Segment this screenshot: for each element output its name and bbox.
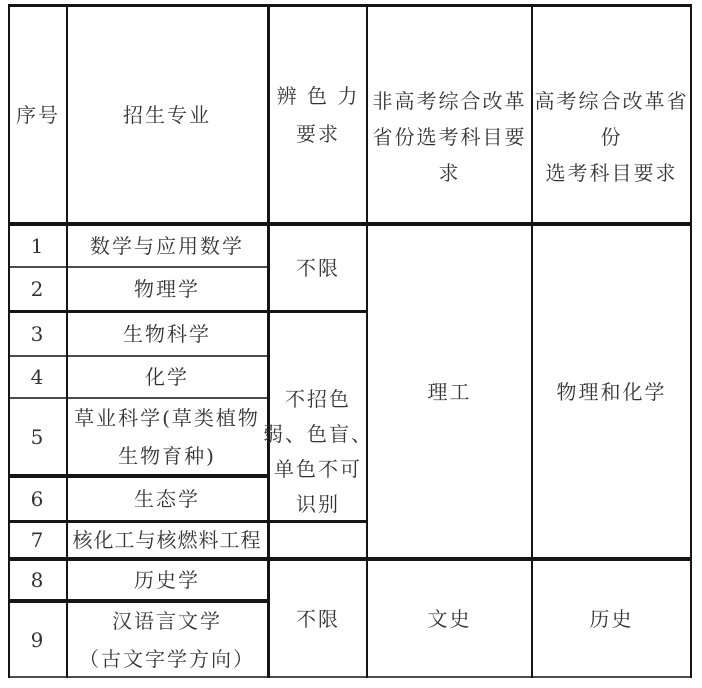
table-border-top [8,4,692,7]
major-row-5-line1: 草业科学(草类植物 [74,399,260,437]
major-cell-row-7: 核化工与核燃料工程 [69,523,265,557]
header-reform-line3: 选考科目要求 [546,155,678,191]
header-cell-major: 招生专业 [69,8,265,222]
seq-cell-row-5: 5 [10,399,66,474]
color-vision-restriction-line1: 不招色 [285,382,351,417]
major-row-5-line2: 生物育种) [118,437,216,475]
seq-cell-row-3: 3 [10,313,66,355]
seq-cell-row-6: 6 [10,478,66,520]
color-vision-cell-rows-3-7: 不招色 弱、色盲、 单色不可 识别 [270,384,366,520]
major-cell-row-2: 物理学 [69,268,265,310]
header-cell-seq: 序号 [10,8,66,222]
reform-cell-rows-8-9: 历史 [533,561,690,676]
seq-cell-row-7: 7 [10,523,66,557]
major-row-9-line1: 汉语言文学 [112,602,222,640]
color-vision-cell-rows-1-2: 不限 [270,226,366,310]
color-vision-cell-row-7-empty [270,523,366,557]
major-cell-row-3: 生物科学 [69,313,265,355]
color-vision-restriction-line3: 单色不可 [274,452,362,487]
major-cell-row-4: 化学 [69,357,265,397]
reform-cell-rows-1-7: 物理和化学 [533,226,690,557]
header-non-reform-line3: 求 [439,155,461,191]
header-cell-reform: 高考综合改革省 份 选考科目要求 [533,8,690,244]
header-color-vision-line1: 辨 色 力 [277,77,360,115]
header-non-reform-line1: 非高考综合改革 [373,83,527,119]
seq-cell-row-1: 1 [10,226,66,266]
header-non-reform-line2: 省份选考科目要 [373,119,527,155]
admission-requirements-document: 序号 招生专业 辨 色 力 要求 非高考综合改革 省份选考科目要 求 高考综合改… [0,0,702,688]
table-border-right [690,4,692,678]
seq-cell-row-9: 9 [10,603,66,676]
non-reform-cell-rows-1-7: 理工 [368,226,531,557]
major-cell-row-9: 汉语言文学 （古文字学方向） [69,603,265,676]
major-cell-row-5: 草业科学(草类植物 生物育种) [69,399,265,474]
color-vision-cell-rows-8-9: 不限 [270,561,366,676]
header-color-vision-line2: 要求 [296,115,340,153]
major-row-9-line2: （古文字学方向） [79,640,255,678]
major-cell-row-1: 数学与应用数学 [69,226,265,266]
seq-cell-row-2: 2 [10,268,66,310]
color-vision-restriction-line2: 弱、色盲、 [263,417,373,452]
column-divider-seq-major [66,4,68,678]
seq-cell-row-4: 4 [10,357,66,397]
seq-cell-row-8: 8 [10,561,66,599]
major-cell-row-8: 历史学 [69,561,265,599]
header-reform-line2: 份 [601,119,623,155]
header-cell-color-vision: 辨 色 力 要求 [270,8,366,222]
header-reform-line1: 高考综合改革省 [535,83,689,119]
major-cell-row-6: 生态学 [69,478,265,520]
non-reform-cell-rows-8-9: 文史 [368,561,531,676]
header-cell-non-reform: 非高考综合改革 省份选考科目要 求 [368,8,531,244]
color-vision-restriction-line4: 识别 [296,487,340,522]
